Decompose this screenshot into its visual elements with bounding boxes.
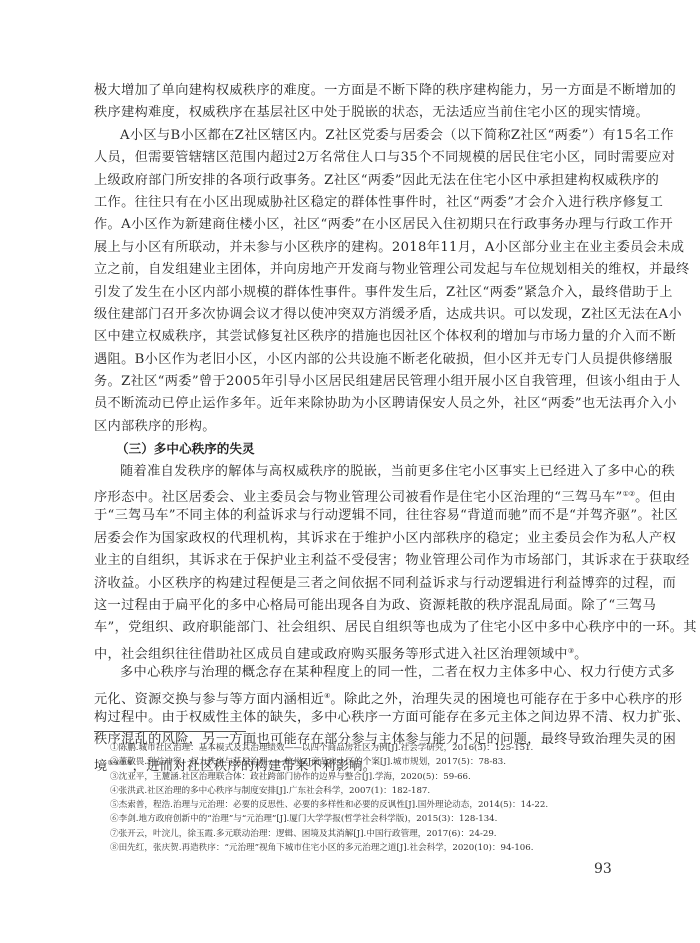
text-line: 秩序建构难度，权威秩序在基层社区中处于脱嵌的状态，无法适应当前住宅小区的现实情境…: [94, 102, 606, 124]
text-line: 济收益。小区秩序的构建过程便是三者之间依据不同利益诉求与行动逻辑进行利益博弈的过…: [94, 573, 606, 595]
footnotes: ①陈鹏.城市社区治理：基本模式及其治理绩效——以四个商品房社区为例[J].社会学…: [110, 741, 610, 855]
line-text: 遇阻。B小区作为老旧小区，小区内部的公共设施不断老化破损，但小区并无专门人员提供…: [94, 352, 673, 367]
text-line: 序形态中。社区居委会、业主委员会与物业管理公司被看作是住宅小区治理的“三驾马车”…: [94, 483, 606, 505]
footnote-ref[interactable]: ①②: [623, 490, 636, 498]
line-text: 作。A小区作为新建商住楼小区，社区“两委”在小区居民入住初期只在行政事务办理与行…: [94, 217, 673, 232]
text-line: 随着准自发秩序的解体与高权威秩序的脱嵌，当前更多住宅小区事实上已经进入了多中心的…: [94, 461, 606, 483]
text-line: 构过程中。由于权威性主体的缺失，多中心秩序一方面可能存在多元主体之间边界不清、权…: [94, 707, 606, 729]
line-text: 秩序建构难度，权威秩序在基层社区中处于脱嵌的状态，无法适应当前住宅小区的现实情境…: [94, 105, 649, 120]
text-line: 业主的自组织，其诉求在于保护业主利益不受侵害；物业管理公司作为市场部门，其诉求在…: [94, 550, 606, 572]
text-line: 多中心秩序与治理的概念存在某种程度上的同一性，二者在权力主体多中心、权力行使方式…: [94, 662, 606, 684]
line-text: 车”，党组织、政府职能部门、社会组织、居民自组织等也成为了住宅小区中多中心秩序中…: [94, 620, 697, 635]
text-line: 元化、资源交换与参与等方面内涵相近④。除此之外，治理失灵的困境也可能存在于多中心…: [94, 685, 606, 707]
text-line: 区中建立权威秩序，其尝试修复社区秩序的措施也因社区个体权利的增加与市场力量的介入…: [94, 326, 606, 348]
line-text: 立之前，自发组建业主团体，并向房地产开发商与物业管理公司发起与车位规划相关的维权…: [94, 262, 690, 277]
text-line: 遇阻。B小区作为老旧小区，小区内部的公共设施不断老化破损，但小区并无专门人员提供…: [94, 349, 606, 371]
footnote-item: ⑥李剑.地方政府创新中的“治理”与“元治理”[J].厦门大学学报(哲学社会科学版…: [110, 812, 610, 826]
text-line: 务。Z社区“两委”曾于2005年引导小区居民组建居民管理小组开展小区自我管理，但…: [94, 371, 606, 393]
footnote-item: ②董敬畏.利益冲突、权力秩序与基层治理——杭州ZJ商品房小区的个案[J].城市规…: [110, 755, 610, 769]
line-text-after: 。: [574, 647, 588, 662]
line-text: 元化、资源交换与参与等方面内涵相近: [94, 692, 324, 707]
text-line: 立之前，自发组建业主团体，并向房地产开发商与物业管理公司发起与车位规划相关的维权…: [94, 259, 606, 281]
text-line: 员不断流动已停止运作多年。近年来除协助为小区聘请保安人员之外，社区“两委”也无法…: [94, 393, 606, 415]
line-text: 济收益。小区秩序的构建过程便是三者之间依据不同利益诉求与行动逻辑进行利益博弈的过…: [94, 576, 676, 591]
text-line: 车”，党组织、政府职能部门、社会组织、居民自组织等也成为了住宅小区中多中心秩序中…: [94, 617, 606, 639]
section-heading: （三）多中心秩序的失灵: [94, 438, 606, 460]
text-line: 级住建部门召开多次协调会议才得以使冲突双方消缓矛盾，达成共识。可以发现，Z社区无…: [94, 304, 606, 326]
text-line: 区内部秩序的形构。: [94, 416, 606, 438]
footnote-item: ③沈亚平，王麓涵.社区治理联合体：政社跨部门协作的边界与整合[J].学海，202…: [110, 770, 610, 784]
line-text: 序形态中。社区居委会、业主委员会与物业管理公司被看作是住宅小区治理的“三驾马车”: [94, 490, 623, 505]
line-text-after: 。但由: [635, 490, 676, 505]
body-text: 极大增加了单向建构权威秩序的难度。一方面是不断下降的秩序建构能力，另一方面是不断…: [94, 80, 606, 774]
line-text: 业主的自组织，其诉求在于保护业主利益不受侵害；物业管理公司作为市场部门，其诉求在…: [94, 553, 690, 568]
page-number: 93: [594, 861, 612, 877]
text-line: 工作。往往只有在小区出现威胁社区稳定的群体性事件时，社区“两委”才会介入进行秩序…: [94, 192, 606, 214]
footnote-item: ①陈鹏.城市社区治理：基本模式及其治理绩效——以四个商品房社区为例[J].社会学…: [110, 741, 610, 755]
footnote-divider: [94, 731, 246, 732]
text-line: 引发了发生在小区内部小规模的群体性事件。事件发生后，Z社区“两委”紧急介入，最终…: [94, 282, 606, 304]
text-line: 居委会作为国家政权的代理机构，其诉求在于维护小区内部秩序的稳定；业主委员会作为私…: [94, 528, 606, 550]
text-line: 展上与小区有所联动，并未参与小区秩序的建构。2018年11月，A小区部分业主在业…: [94, 237, 606, 259]
line-text: 境: [94, 759, 108, 774]
footnote-item: ⑦张开云，叶浣儿，徐玉霞.多元联动治理：逻辑、困境及其消解[J].中国行政管理，…: [110, 827, 610, 841]
line-text: 区中建立权威秩序，其尝试修复社区秩序的措施也因社区个体权利的增加与市场力量的介入…: [94, 329, 676, 344]
line-text: 这一过程由于扁平化的多中心格局可能出现各自为政、资源耗散的秩序混乱局面。除了“三…: [94, 598, 656, 613]
footnote-item: ⑧田先红，张庆贺.再造秩序：“元治理”视角下城市住宅小区的多元治理之道[J].社…: [110, 841, 610, 855]
line-text: 工作。往往只有在小区出现威胁社区稳定的群体性事件时，社区“两委”才会介入进行秩序…: [94, 195, 663, 210]
paragraph-block-1: 极大增加了单向建构权威秩序的难度。一方面是不断下降的秩序建构能力，另一方面是不断…: [94, 80, 606, 438]
line-text: 人员，但需要管辖辖区范围内超过2万名常住人口与35个不同规模的居民住宅小区，同时…: [94, 150, 675, 165]
text-line: 人员，但需要管辖辖区范围内超过2万名常住人口与35个不同规模的居民住宅小区，同时…: [94, 147, 606, 169]
line-text: 上级政府部门所安排的各项行政事务。Z社区“两委”因此无法在住宅小区中承担建构权威…: [94, 173, 659, 188]
line-text: 极大增加了单向建构权威秩序的难度。一方面是不断下降的秩序建构能力，另一方面是不断…: [94, 83, 676, 98]
footnote-item: ⑤杰索普，程浩.治理与元治理：必要的反思性、必要的多样性和必要的反讽性[J].国…: [110, 798, 610, 812]
line-text: 中，社会组织往往借助社区成员自建或政府购买服务等形式进入社区治理领域中: [94, 647, 568, 662]
line-text: 构过程中。由于权威性主体的缺失，多中心秩序一方面可能存在多元主体之间边界不清、权…: [94, 710, 690, 725]
text-line: 于“三驾马车”不同主体的利益诉求与行动逻辑不同，往往容易“背道而驰”而不是“并驾…: [94, 505, 606, 527]
line-text: A小区与B小区都在Z社区辖区内。Z社区党委与居委会（以下简称Z社区“两委”）有1…: [120, 128, 674, 143]
line-text: 员不断流动已停止运作多年。近年来除协助为小区聘请保安人员之外，社区“两委”也无法…: [94, 396, 677, 411]
line-text: 区内部秩序的形构。: [94, 419, 216, 434]
line-text: 务。Z社区“两委”曾于2005年引导小区居民组建居民管理小组开展小区自我管理，但…: [94, 374, 681, 389]
text-line: 上级政府部门所安排的各项行政事务。Z社区“两委”因此无法在住宅小区中承担建构权威…: [94, 170, 606, 192]
line-text: 随着准自发秩序的解体与高权威秩序的脱嵌，当前更多住宅小区事实上已经进入了多中心的…: [120, 464, 675, 479]
footnote-item: ④张洪武.社区治理的多中心秩序与制度安排[J].广东社会科学，2007(1)：1…: [110, 784, 610, 798]
line-text: 级住建部门召开多次协调会议才得以使冲突双方消缓矛盾，达成共识。可以发现，Z社区无…: [94, 307, 682, 322]
line-text: 展上与小区有所联动，并未参与小区秩序的建构。2018年11月，A小区部分业主在业…: [94, 240, 684, 255]
line-text: 引发了发生在小区内部小规模的群体性事件。事件发生后，Z社区“两委”紧急介入，最终…: [94, 285, 673, 300]
line-text: 多中心秩序与治理的概念存在某种程度上的同一性，二者在权力主体多中心、权力行使方式…: [120, 665, 675, 680]
text-line: 中，社会组织往往借助社区成员自建或政府购买服务等形式进入社区治理领域中③。: [94, 640, 606, 662]
text-line: 极大增加了单向建构权威秩序的难度。一方面是不断下降的秩序建构能力，另一方面是不断…: [94, 80, 606, 102]
text-line: A小区与B小区都在Z社区辖区内。Z社区党委与居委会（以下简称Z社区“两委”）有1…: [94, 125, 606, 147]
paragraph-block-2: 随着准自发秩序的解体与高权威秩序的脱嵌，当前更多住宅小区事实上已经进入了多中心的…: [94, 461, 606, 774]
line-text-after: 。除此之外，治理失灵的困境也可能存在于多中心秩序的形: [330, 692, 682, 707]
text-line: 作。A小区作为新建商住楼小区，社区“两委”在小区居民入住初期只在行政事务办理与行…: [94, 214, 606, 236]
text-line: 这一过程由于扁平化的多中心格局可能出现各自为政、资源耗散的秩序混乱局面。除了“三…: [94, 595, 606, 617]
line-text: 居委会作为国家政权的代理机构，其诉求在于维护小区内部秩序的稳定；业主委员会作为私…: [94, 531, 676, 546]
line-text: 于“三驾马车”不同主体的利益诉求与行动逻辑不同，往往容易“背道而驰”而不是“并驾…: [94, 508, 678, 523]
